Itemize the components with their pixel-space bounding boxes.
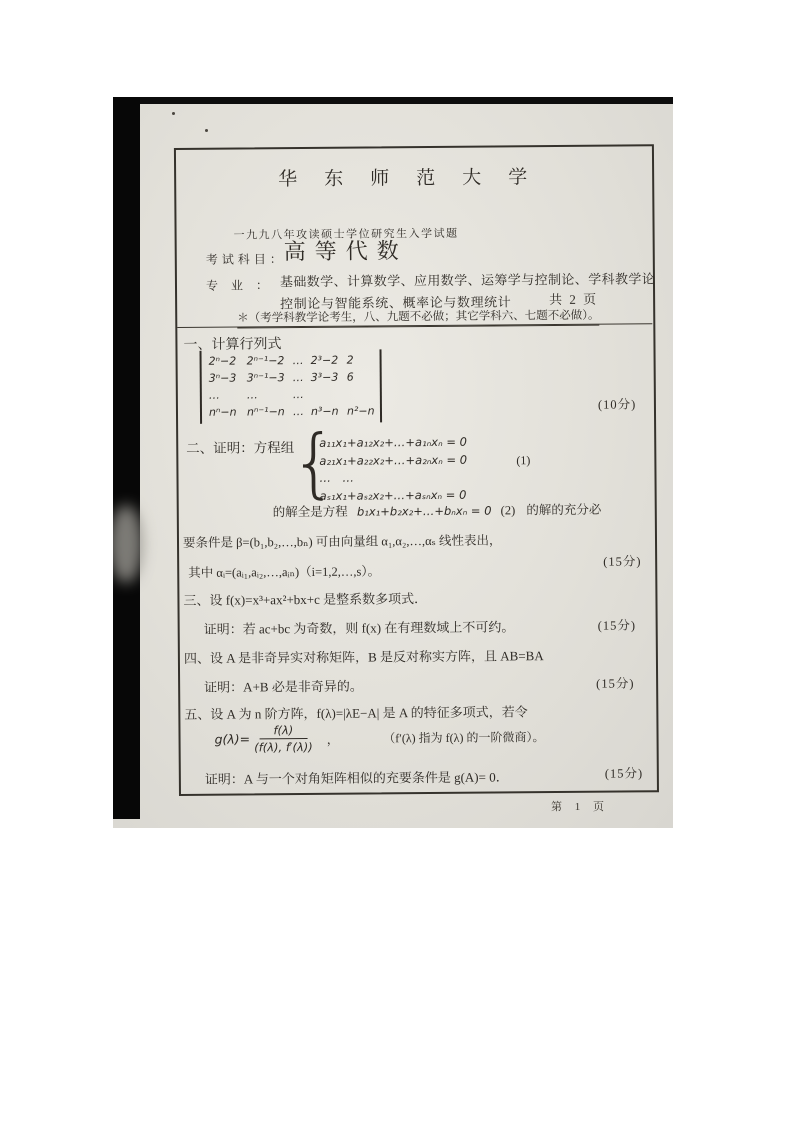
problem-4-score: (15分) — [596, 673, 634, 691]
comma: ， — [327, 729, 340, 747]
equation-2-number: (2) — [501, 503, 516, 517]
subject-label: 考试科目： — [206, 250, 286, 268]
det-cell: … — [293, 404, 311, 420]
ink-speck — [172, 112, 175, 115]
total-pages-note: 共 2 页 — [549, 289, 598, 308]
problem-5-score: (15分) — [605, 763, 643, 781]
det-cell: 6 — [347, 369, 373, 385]
university-title: 华东师范大学 — [278, 162, 554, 191]
determinant: 2ⁿ−2 2ⁿ⁻¹−2 … 2³−2 2 3ⁿ−3 3ⁿ⁻¹−3 … 3³−3 … — [200, 349, 383, 423]
det-cell: 2³−2 — [311, 353, 347, 369]
problem-2-score: (15分) — [603, 551, 641, 569]
problem-5-claim: 证明：A 与一个对角矩阵相似的充要条件是 g(A)= 0． — [205, 766, 509, 787]
determinant-row: nⁿ−n nⁿ⁻¹−n … n³−n n²−n — [209, 403, 373, 420]
problem-5-statement: 五、设 A 为 n 阶方阵，f(λ)=|λE−A| 是 A 的特征多项式，若令 — [184, 701, 528, 723]
p2-line1-post: 的解的充分必 — [526, 503, 601, 518]
det-cell: … — [247, 387, 293, 403]
det-cell — [347, 386, 373, 402]
fraction-denominator: (f(λ), f′(λ)) — [254, 739, 313, 754]
major-label: 专业： — [206, 276, 281, 294]
determinant-row: 2ⁿ−2 2ⁿ⁻¹−2 … 2³−2 2 — [209, 352, 373, 369]
problem-4-claim: 证明：A+B 必是非奇异的。 — [204, 676, 363, 696]
determinant-row: 3ⁿ−3 3ⁿ⁻¹−3 … 3³−3 6 — [209, 369, 373, 386]
det-cell: nⁿ−n — [209, 404, 247, 420]
system-number: (1) — [516, 453, 530, 468]
equation-2: b₁x₁+b₂x₂+…+bₙxₙ = 0 — [357, 504, 492, 519]
problem-2-line-2: 要条件是 β=(b₁,b₂,…,bₙ) 可由向量组 α₁,α₂,…,αₛ 线性表… — [183, 530, 502, 551]
det-cell — [311, 387, 347, 403]
det-cell: n²−n — [347, 403, 373, 419]
scan-top-edge — [113, 97, 673, 104]
det-cell: 3ⁿ−3 — [209, 370, 247, 386]
g-fraction: f(λ) (f(λ), f′(λ)) — [254, 723, 313, 754]
det-cell: … — [293, 370, 311, 386]
det-cell: 2ⁿ−2 — [209, 353, 247, 369]
scan-black-margin — [113, 97, 140, 819]
det-cell: 3ⁿ⁻¹−3 — [247, 370, 293, 386]
problem-2-heading: 二、证明：方程组 — [186, 436, 294, 457]
problem-3-score: (15分) — [598, 615, 636, 633]
subject-value: 高等代数 — [284, 234, 408, 266]
major-list-line-1: 基础数学、计算数学、应用数学、运筹学与控制论、学科教学论 — [280, 268, 655, 290]
scanned-exam-page: 华东师范大学 一九九八年攻读硕士学位研究生入学试题 考试科目： 高等代数 专业：… — [113, 97, 673, 828]
det-cell: 2 — [347, 352, 373, 368]
exam-border-box: 华东师范大学 一九九八年攻读硕士学位研究生入学试题 考试科目： 高等代数 专业：… — [174, 144, 659, 796]
det-cell: n³−n — [311, 404, 347, 420]
det-cell: … — [293, 353, 311, 369]
problem-3-statement: 三、设 f(x)=x³+ax²+bx+c 是整系数多项式． — [183, 588, 427, 609]
det-cell: 3³−3 — [311, 370, 347, 386]
fraction-numerator: f(λ) — [259, 723, 307, 739]
equation-system: a₁₁x₁+a₁₂x₂+…+a₁ₙxₙ = 0 a₂₁x₁+a₂₂x₂+…+a₂… — [319, 435, 467, 504]
derivative-remark: （f′(λ) 指为 f(λ) 的一阶微商）。 — [383, 728, 544, 746]
equation-line: a₁₁x₁+a₁₂x₂+…+a₁ₙxₙ = 0 — [319, 435, 467, 452]
det-cell: 2ⁿ⁻¹−2 — [247, 353, 293, 369]
problem-4-statement: 四、设 A 是非奇异实对称矩阵，B 是反对称实方阵，且 AB=BA — [184, 645, 544, 667]
problem-2-line-3: 其中 αᵢ=(aᵢ₁,aᵢ₂,…,aᵢₙ)（i=1,2,…,s）。 — [188, 561, 380, 581]
problem-2-line-1: 的解全是方程 b₁x₁+b₂x₂+…+bₙxₙ = 0 (2) 的解的充分必 — [273, 500, 602, 521]
equation-line: a₂₁x₁+a₂₂x₂+…+a₂ₙxₙ = 0 — [319, 452, 467, 469]
ink-speck — [205, 129, 208, 132]
problem-1-score: (10分) — [598, 394, 636, 412]
equation-line: … … — [319, 470, 467, 487]
g-lhs: g(λ)= — [214, 731, 250, 746]
page-footer: 第 1 页 — [551, 798, 609, 814]
problem-3-claim: 证明：若 ac+bc 为奇数，则 f(x) 在有理数域上不可约。 — [204, 616, 515, 637]
g-definition: g(λ)= f(λ) (f(λ), f′(λ)) ， （f′(λ) 指为 f(λ… — [214, 721, 544, 755]
determinant-row: … … … — [209, 386, 373, 403]
det-cell: … — [293, 387, 311, 403]
p2-line1-pre: 的解全是方程 — [273, 505, 348, 520]
det-cell: … — [209, 387, 247, 403]
det-cell: nⁿ⁻¹−n — [247, 404, 293, 420]
